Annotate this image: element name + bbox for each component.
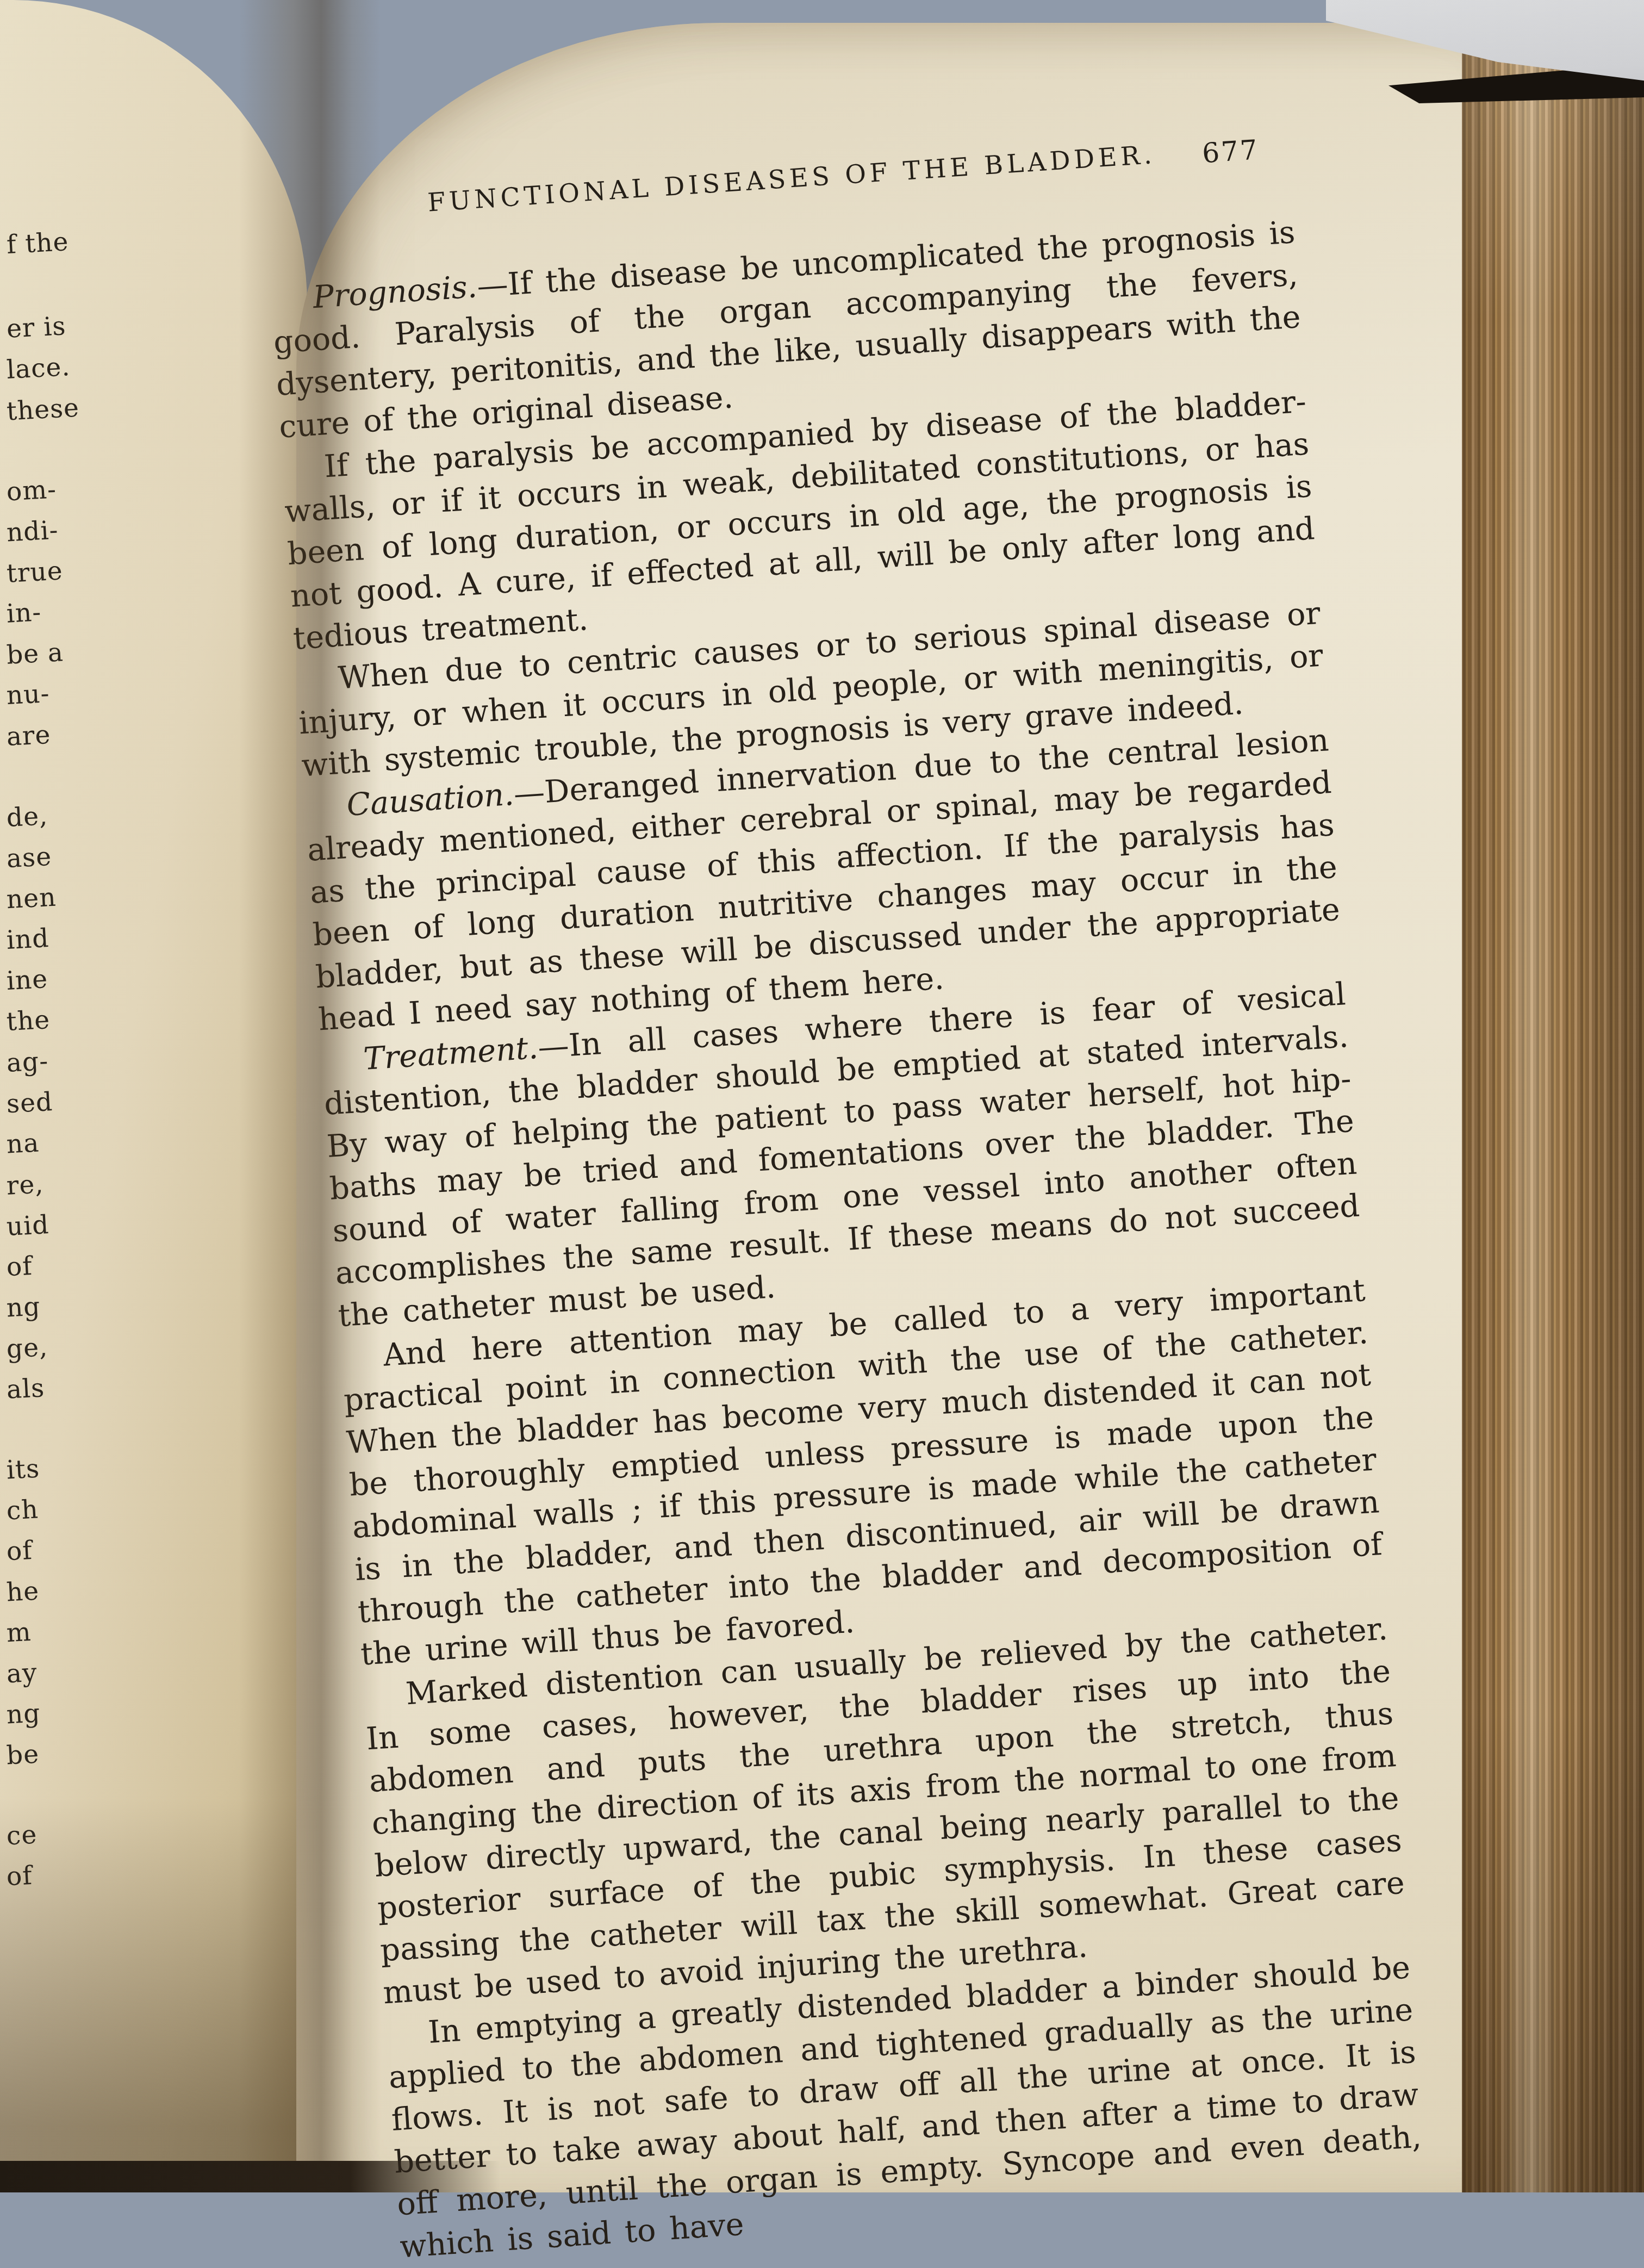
- paragraph-lead: Prognosis.: [312, 269, 478, 315]
- left-page-text-fragment: ng: [6, 1291, 41, 1323]
- left-page-text-fragment: of: [6, 1536, 34, 1567]
- left-page-text-fragment: ag-: [6, 1046, 49, 1078]
- left-page-text-fragment: om-: [6, 475, 58, 507]
- page-content: FUNCTIONAL DISEASES OF THE BLADDER. 677 …: [264, 130, 1443, 2192]
- paragraph: Marked distention can usually be relieve…: [362, 1608, 1409, 2015]
- book-photo: f theer islace.theseom-ndi-truein-be anu…: [0, 0, 1644, 2192]
- left-page-text-fragment: sed: [6, 1087, 54, 1119]
- left-page-text-fragment: ase: [6, 842, 53, 874]
- text-block: Prognosis.—If the disease be uncomplicat…: [269, 211, 1425, 2192]
- left-page-text-fragment: in-: [6, 597, 42, 629]
- left-page-text-fragment: de,: [6, 801, 49, 833]
- left-page-text-fragment: its: [6, 1453, 41, 1485]
- left-page-text-fragment: ch: [6, 1495, 39, 1526]
- left-page-text-fragment: true: [6, 556, 64, 588]
- paragraph-lead: Treatment.: [363, 1030, 539, 1077]
- page-title: FUNCTIONAL DISEASES OF THE BLADDER.: [427, 140, 1156, 218]
- left-page-text-fragment: lace.: [6, 352, 71, 385]
- left-page-text-fragment: re,: [6, 1169, 45, 1201]
- left-page-text-fragment: be a: [6, 637, 65, 670]
- left-page-text-fragment: ind: [6, 923, 50, 955]
- left-page-text-fragment: uid: [6, 1210, 50, 1242]
- left-page-text-fragment: nen: [6, 883, 57, 915]
- left-page-text-fragment: ine: [6, 964, 49, 996]
- left-page-text-fragment: be: [6, 1739, 40, 1770]
- left-page-text-fragment: nu-: [6, 679, 51, 711]
- left-page-text-fragment: ng: [6, 1698, 41, 1730]
- left-page-text-fragment: ge,: [6, 1332, 49, 1364]
- left-page-text-fragment: ce: [6, 1820, 38, 1851]
- left-page-text-fragment: are: [6, 720, 52, 752]
- left-page-text-fragment: m: [6, 1617, 32, 1648]
- left-page-text-fragment: ndi-: [6, 515, 59, 548]
- left-page-text-fragment: na: [6, 1128, 40, 1159]
- left-page-text-fragment: of: [6, 1861, 34, 1892]
- left-page-text-fragment: als: [6, 1373, 46, 1405]
- bottom-cover-strip: [0, 2161, 500, 2192]
- left-page-text-fragment: f the: [6, 227, 70, 260]
- left-page-text-fragment: of: [6, 1251, 34, 1282]
- left-page-text-fragment: ay: [6, 1658, 38, 1689]
- paragraph-lead: Causation.: [346, 776, 515, 823]
- left-page-text-fragment: he: [6, 1576, 40, 1607]
- left-page-edge: f theer islace.theseom-ndi-truein-be anu…: [0, 0, 307, 2192]
- page-fore-edge: [1448, 14, 1644, 2192]
- left-page-text-fragment: the: [6, 1005, 51, 1037]
- right-page: FUNCTIONAL DISEASES OF THE BLADDER. 677 …: [296, 23, 1522, 2192]
- left-page-text-fragment: these: [6, 393, 80, 427]
- left-page-text-fragment: er is: [6, 311, 67, 344]
- page-number: 677: [1201, 134, 1260, 169]
- paragraph: And here attention may be called to a ve…: [340, 1269, 1386, 1676]
